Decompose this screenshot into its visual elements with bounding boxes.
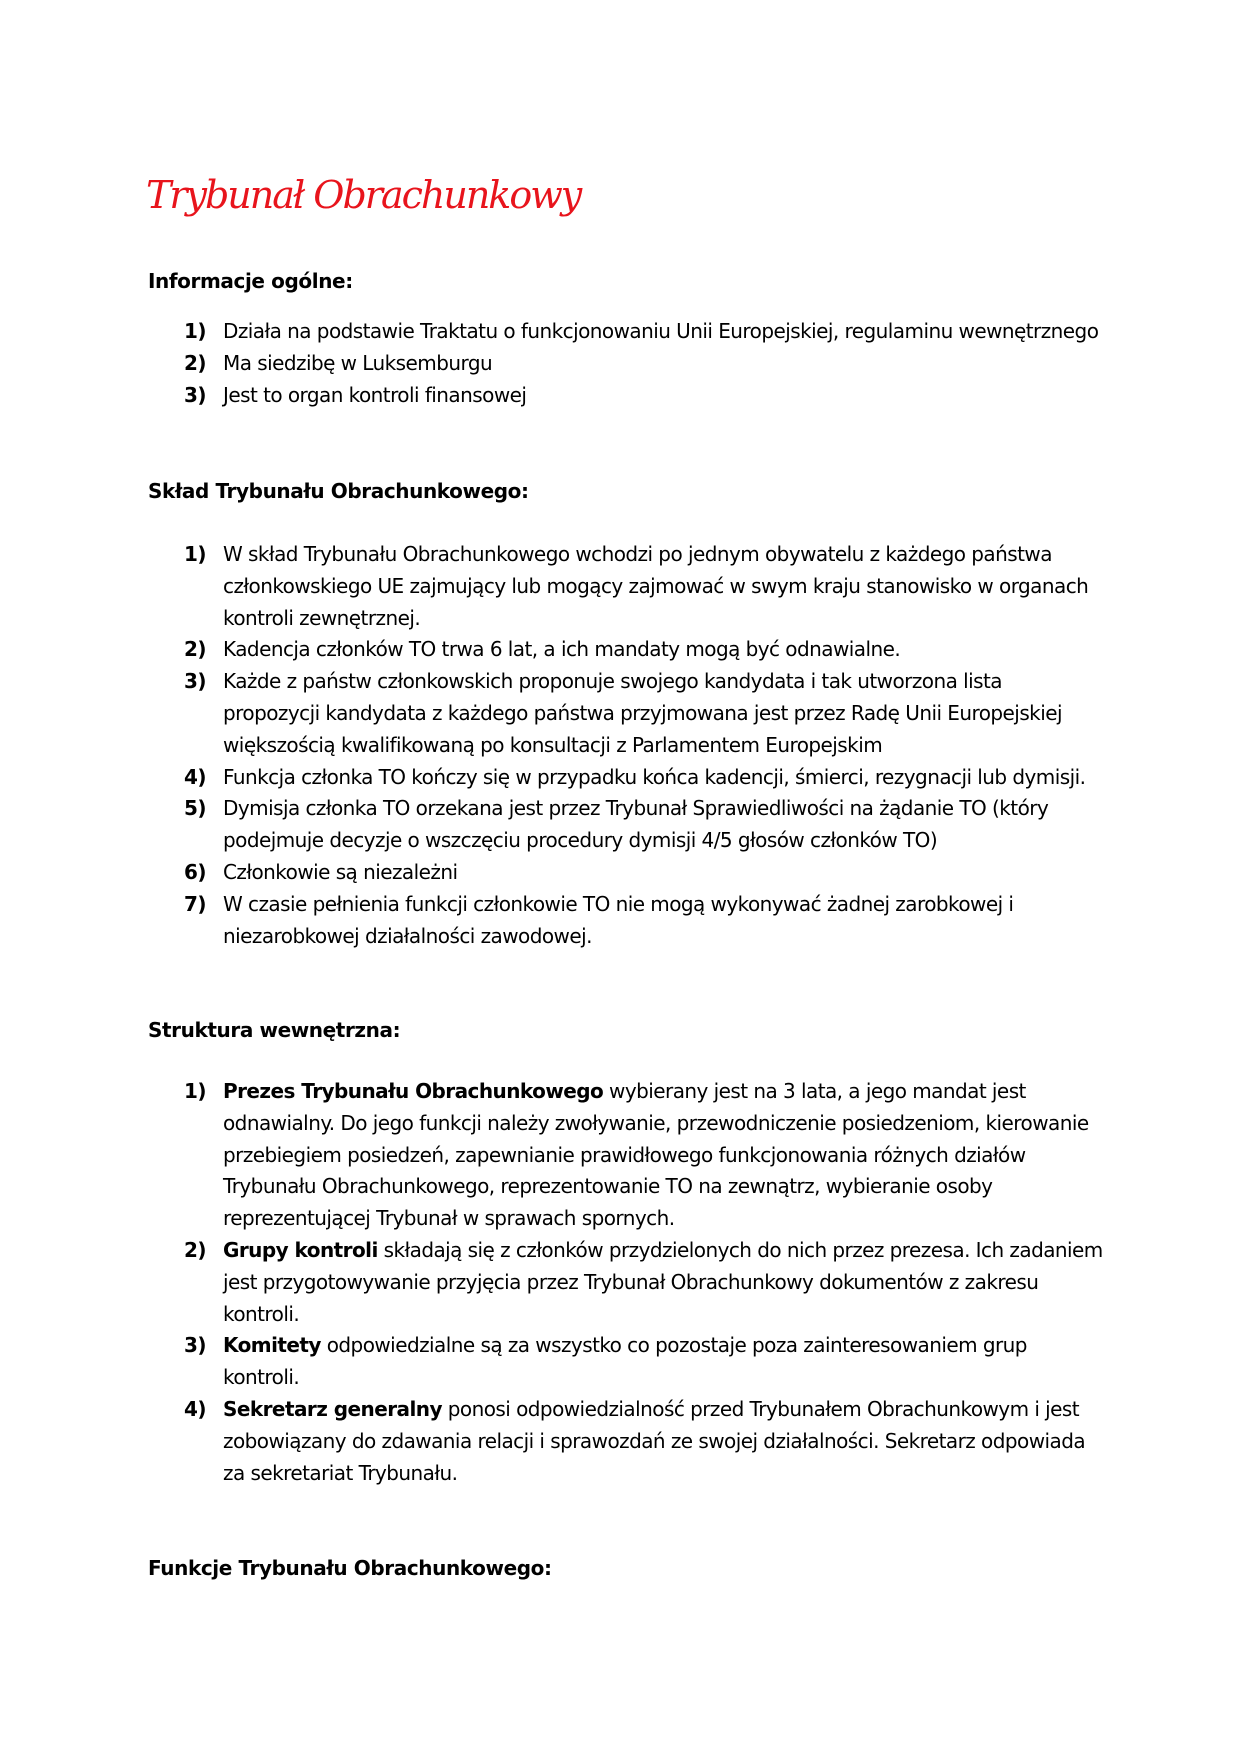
list-item: 3)Każde z państw członkowskich proponuje…: [0, 666, 1103, 761]
general-info-list: 1)Działa na podstawie Traktatu o funkcjo…: [0, 316, 1240, 411]
list-item-term: Prezes Trybunału Obrachunkowego: [223, 1079, 603, 1103]
list-number: 3): [184, 666, 206, 698]
composition-list: 1)W skład Trybunału Obrachunkowego wchod…: [0, 539, 1240, 952]
list-item: 3)Jest to organ kontroli finansowej: [0, 380, 1103, 412]
list-number: 2): [184, 1235, 206, 1267]
list-item: 1)W skład Trybunału Obrachunkowego wchod…: [0, 539, 1103, 634]
list-item: 2)Kadencja członków TO trwa 6 lat, a ich…: [0, 634, 1103, 666]
list-number: 2): [184, 348, 206, 380]
list-item-text: W czasie pełnienia funkcji członkowie TO…: [223, 892, 1013, 948]
list-item: 7)W czasie pełnienia funkcji członkowie …: [0, 889, 1103, 953]
list-item-text: Kadencja członków TO trwa 6 lat, a ich m…: [223, 637, 900, 661]
list-number: 1): [184, 539, 206, 571]
list-item-text: Dymisja członka TO orzekana jest przez T…: [223, 796, 1048, 852]
list-item-text: Każde z państw członkowskich proponuje s…: [223, 669, 1062, 757]
list-number: 7): [184, 889, 206, 921]
list-number: 1): [184, 316, 206, 348]
list-item-text: odpowiedzialne są za wszystko co pozosta…: [223, 1333, 1027, 1389]
list-item-term: Grupy kontroli: [223, 1238, 378, 1262]
list-item: 1)Działa na podstawie Traktatu o funkcjo…: [0, 316, 1103, 348]
list-item: 4)Sekretarz generalny ponosi odpowiedzia…: [0, 1394, 1103, 1489]
list-item-term: Komitety: [223, 1333, 321, 1357]
list-item: 3)Komitety odpowiedzialne są za wszystko…: [0, 1330, 1103, 1394]
list-number: 2): [184, 634, 206, 666]
list-item-text: Jest to organ kontroli finansowej: [223, 383, 526, 407]
list-number: 6): [184, 857, 206, 889]
list-item-term: Sekretarz generalny: [223, 1397, 442, 1421]
list-number: 5): [184, 793, 206, 825]
list-item-text: Ma siedzibę w Luksemburgu: [223, 351, 492, 375]
document-page: Trybunał Obrachunkowy Informacje ogólne:…: [0, 0, 1240, 1754]
list-number: 3): [184, 1330, 206, 1362]
section-heading-general-info: Informacje ogólne:: [148, 271, 353, 291]
list-item: 2)Ma siedzibę w Luksemburgu: [0, 348, 1103, 380]
list-item: 5)Dymisja członka TO orzekana jest przez…: [0, 793, 1103, 857]
list-item: 1)Prezes Trybunału Obrachunkowego wybier…: [0, 1076, 1103, 1235]
list-item-text: Członkowie są niezależni: [223, 860, 457, 884]
list-item: 6)Członkowie są niezależni: [0, 857, 1103, 889]
section-heading-functions: Funkcje Trybunału Obrachunkowego:: [148, 1558, 552, 1578]
list-item: 2)Grupy kontroli składają się z członków…: [0, 1235, 1103, 1330]
list-number: 1): [184, 1076, 206, 1108]
internal-structure-list: 1)Prezes Trybunału Obrachunkowego wybier…: [0, 1076, 1240, 1489]
list-item-text: Działa na podstawie Traktatu o funkcjono…: [223, 319, 1098, 343]
list-item-text: W skład Trybunału Obrachunkowego wchodzi…: [223, 542, 1088, 630]
list-number: 4): [184, 762, 206, 794]
document-title: Trybunał Obrachunkowy: [146, 176, 580, 214]
section-heading-composition: Skład Trybunału Obrachunkowego:: [148, 481, 529, 501]
list-number: 4): [184, 1394, 206, 1426]
list-item-text: Funkcja członka TO kończy się w przypadk…: [223, 765, 1085, 789]
list-item: 4)Funkcja członka TO kończy się w przypa…: [0, 762, 1103, 794]
list-number: 3): [184, 380, 206, 412]
section-heading-internal-structure: Struktura wewnętrzna:: [148, 1020, 400, 1040]
